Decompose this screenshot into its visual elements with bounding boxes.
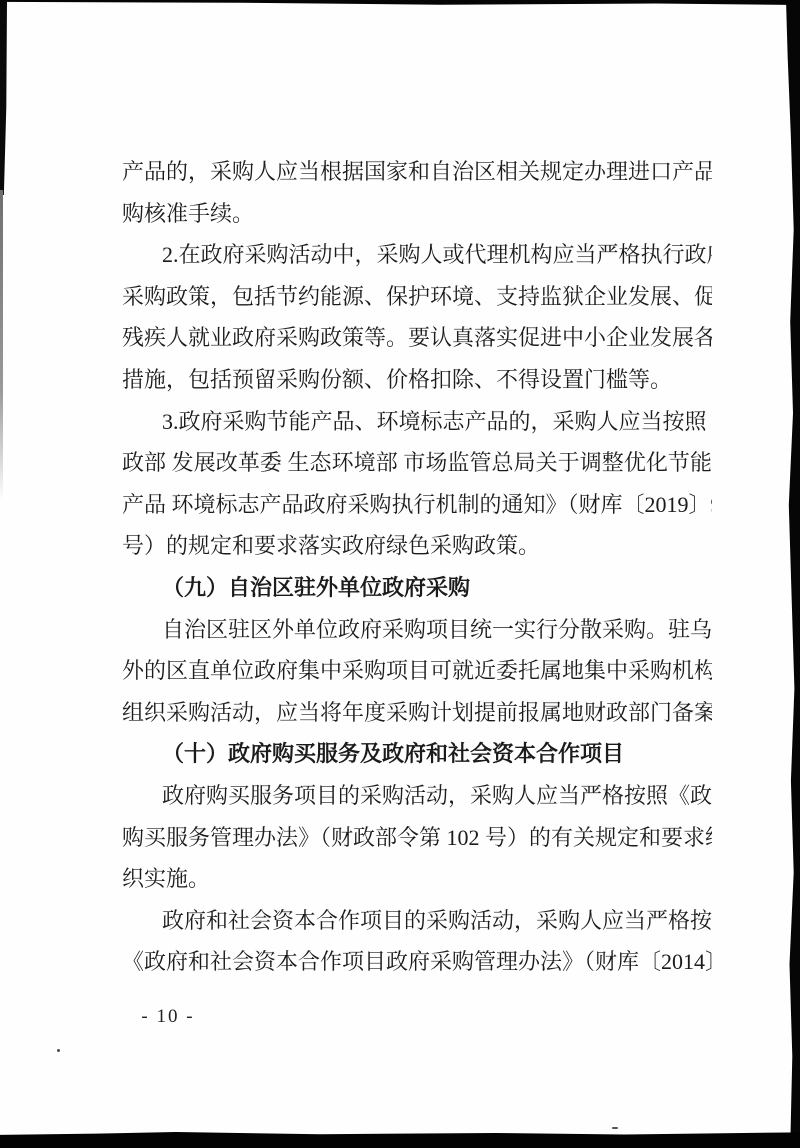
document-page: 产品的，采购人应当根据国家和自治区相关规定办理进口产品采 购核准手续。 2.在政… xyxy=(0,0,800,1148)
body-line: 措施，包括预留采购份额、价格扣除、不得设置门槛等。 xyxy=(122,359,712,401)
scan-edge-left-fade xyxy=(0,190,3,500)
body-line: 残疾人就业政府采购政策等。要认真落实促进中小企业发展各项 xyxy=(122,317,712,359)
body-line: 采购政策，包括节约能源、保护环境、支持监狱企业发展、促进 xyxy=(122,276,712,318)
body-line: 政府购买服务项目的采购活动，采购人应当严格按照《政府 xyxy=(122,775,712,817)
body-line: 产品的，采购人应当根据国家和自治区相关规定办理进口产品采 xyxy=(122,151,712,193)
body-line: 购买服务管理办法》（财政部令第 102 号）的有关规定和要求组 xyxy=(122,817,712,859)
body-line: 政府和社会资本合作项目的采购活动，采购人应当严格按照 xyxy=(122,900,712,942)
page-number: - 10 - xyxy=(128,1004,208,1030)
body-line: 《政府和社会资本合作项目政府采购管理办法》（财库〔2014〕 xyxy=(122,941,712,983)
document-text-block: 产品的，采购人应当根据国家和自治区相关规定办理进口产品采 购核准手续。 2.在政… xyxy=(122,151,712,983)
body-line: 3.政府采购节能产品、环境标志产品的，采购人应当按照《财 xyxy=(122,401,712,443)
body-line: 产品 环境标志产品政府采购执行机制的通知》（财库〔2019〕9 xyxy=(122,484,712,526)
body-line: 织实施。 xyxy=(122,858,712,900)
scan-edge-right xyxy=(786,0,800,1148)
body-line: 购核准手续。 xyxy=(122,193,712,235)
body-line: 号）的规定和要求落实政府绿色采购政策。 xyxy=(122,525,712,567)
body-line: 2.在政府采购活动中，采购人或代理机构应当严格执行政府 xyxy=(122,234,712,276)
body-line: 自治区驻区外单位政府采购项目统一实行分散采购。驻乌以 xyxy=(122,609,712,651)
scan-speck xyxy=(57,1049,60,1052)
scan-edge-top xyxy=(0,0,800,5)
section-heading-ten: （十）政府购买服务及政府和社会资本合作项目 xyxy=(122,733,712,775)
scan-edge-bottom xyxy=(0,1132,800,1148)
scan-edge-left xyxy=(0,0,7,195)
scan-speck xyxy=(612,1127,618,1129)
body-line: 外的区直单位政府集中采购项目可就近委托属地集中采购机构 xyxy=(122,650,712,692)
section-heading-nine: （九）自治区驻外单位政府采购 xyxy=(122,567,712,609)
body-line: 组织采购活动，应当将年度采购计划提前报属地财政部门备案。 xyxy=(122,692,712,734)
body-line: 政部 发展改革委 生态环境部 市场监管总局关于调整优化节能 xyxy=(122,442,712,484)
